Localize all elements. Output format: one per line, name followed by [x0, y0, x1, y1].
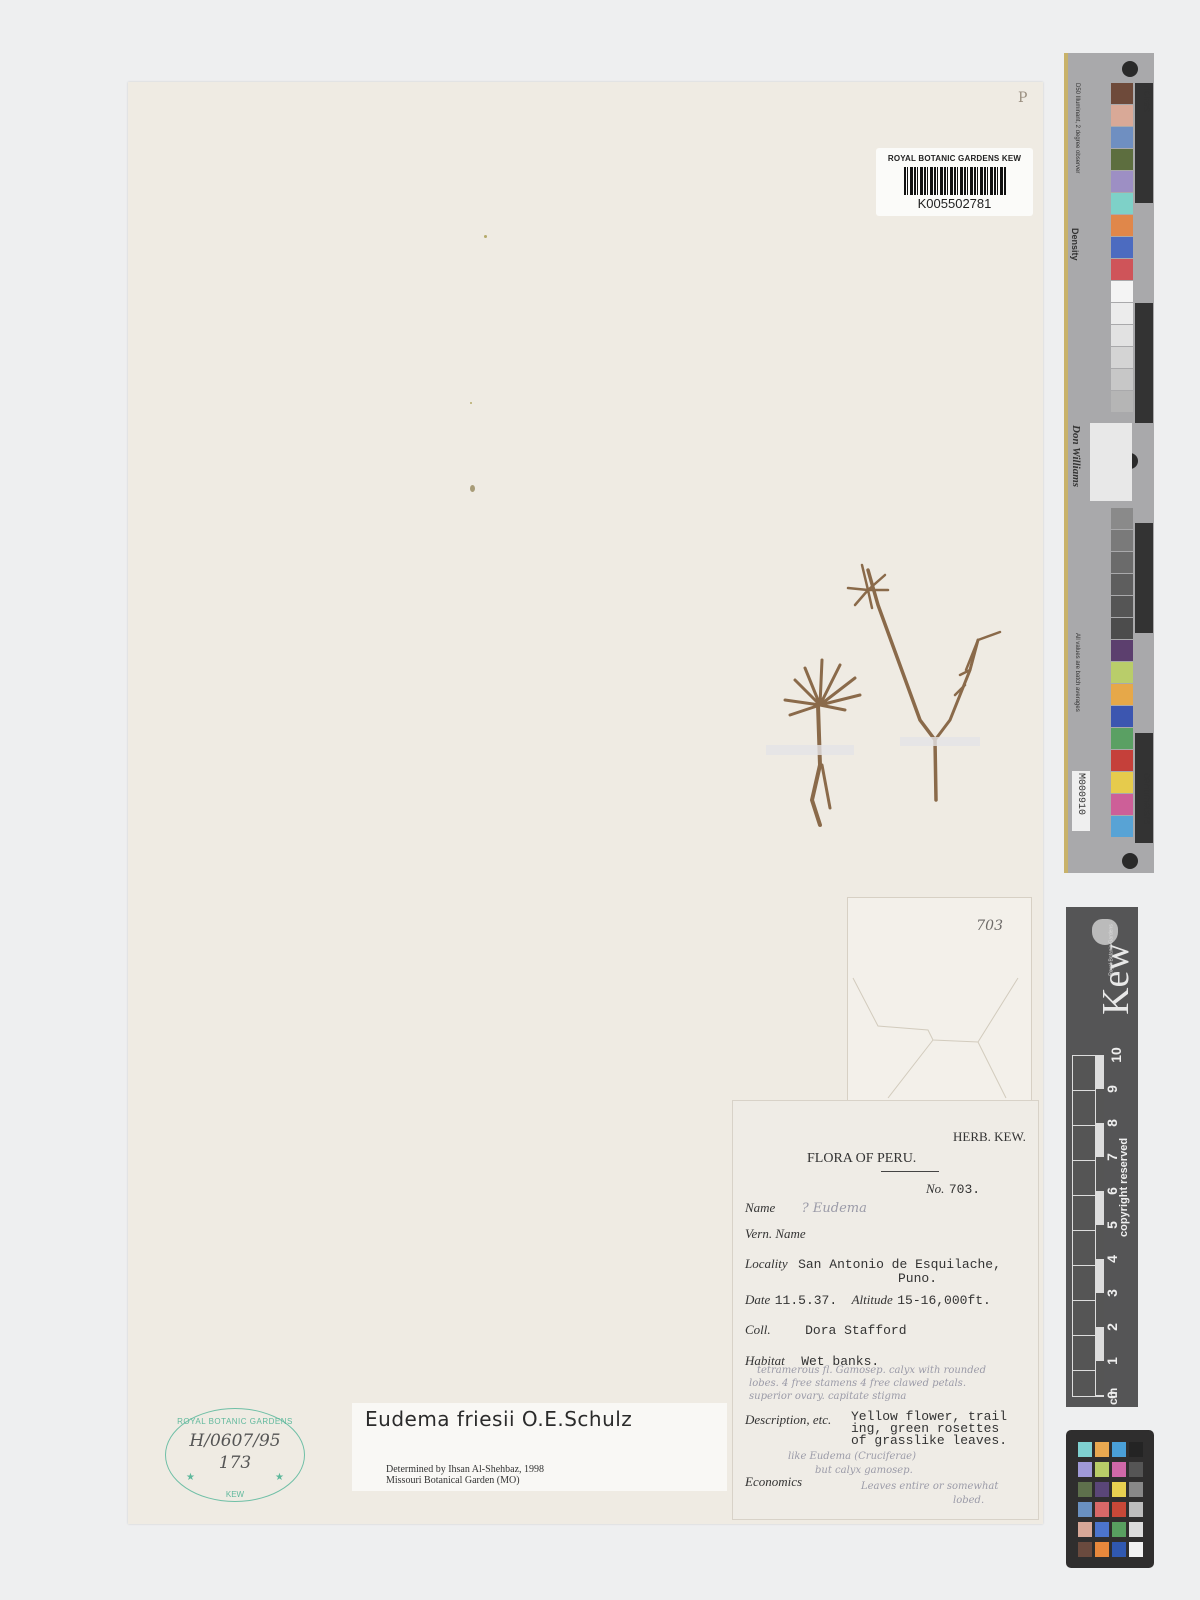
checker-swatch	[1078, 1502, 1092, 1517]
star-icon: ★	[186, 1472, 195, 1483]
color-patch	[1111, 259, 1133, 280]
economics-label: Economics	[745, 1474, 802, 1489]
color-patch	[1111, 618, 1133, 639]
vern-name-label: Vern. Name	[745, 1226, 806, 1241]
checker-swatch	[1078, 1542, 1092, 1557]
determination-slip: Eudema friesii O.E.Schulz Determined by …	[352, 1403, 727, 1491]
color-patch	[1111, 684, 1133, 705]
color-patch	[1111, 149, 1133, 170]
color-patch	[1111, 303, 1133, 324]
description-value: Yellow flower, trail ing, green rosettes…	[851, 1411, 1007, 1447]
unit-label: cm	[1106, 1388, 1120, 1405]
copyright-label: copyright reserved	[1118, 1138, 1130, 1237]
checker-swatch	[1112, 1542, 1126, 1557]
corner-mark: P	[1018, 90, 1027, 106]
checker-swatch	[1129, 1542, 1143, 1557]
ruler-number: 4	[1104, 1255, 1120, 1263]
checker-swatch	[1112, 1522, 1126, 1537]
institution-name: ROYAL BOTANIC GARDENS KEW	[876, 154, 1033, 163]
color-patch	[1111, 127, 1133, 148]
color-patch	[1111, 772, 1133, 793]
stamp-accession: H/0607/95	[166, 1431, 304, 1451]
determined-by: Determined by Ihsan Al-Shehbaz, 1998	[386, 1464, 544, 1475]
color-checker-card	[1066, 1430, 1154, 1568]
description-note: but calyx gamosep.	[815, 1465, 913, 1476]
color-patch	[1111, 83, 1133, 104]
envelope-number: 703	[976, 918, 1003, 934]
color-patch	[1111, 596, 1133, 617]
mounting-strap	[766, 745, 854, 755]
scale-strip	[1135, 523, 1153, 633]
determiner-institution: Missouri Botanical Garden (MO)	[386, 1475, 544, 1486]
centimeters-label: centimeters	[1141, 773, 1152, 825]
color-patch	[1111, 706, 1133, 727]
color-patch	[1111, 728, 1133, 749]
color-patch	[1111, 816, 1133, 837]
density-label: Density	[1070, 228, 1080, 261]
checker-swatch	[1129, 1502, 1143, 1517]
color-patch	[1111, 325, 1133, 346]
inches-label: inches	[1141, 83, 1152, 112]
checker-swatch	[1129, 1522, 1143, 1537]
date-label: Date	[745, 1292, 770, 1307]
checker-swatch	[1112, 1442, 1126, 1457]
number-value: 703.	[949, 1182, 980, 1197]
color-patch	[1111, 391, 1133, 412]
collection-label: HERB. KEW. FLORA OF PERU. No. 703. Name …	[732, 1100, 1039, 1520]
date-value: 11.5.37.	[775, 1293, 837, 1308]
maker-label: Don Williams	[1070, 425, 1082, 487]
taxon-name: Eudema friesii O.E.Schulz	[365, 1407, 632, 1431]
kew-accession-stamp: ROYAL BOTANIC GARDENS H/0607/95 173 ★ ★ …	[165, 1408, 305, 1502]
checker-swatch	[1129, 1482, 1143, 1497]
checker-swatch	[1129, 1462, 1143, 1477]
locality-label: Locality	[745, 1256, 788, 1271]
color-patch	[1111, 105, 1133, 126]
specimen-speck	[470, 402, 472, 404]
stamp-number: 173	[166, 1453, 304, 1473]
ruler-number: 1	[1104, 1357, 1120, 1365]
description-note: like Eudema (Cruciferae)	[788, 1451, 916, 1462]
kew-cm-ruler: Kew Royal Botanic Gardens 012345678910 c…	[1066, 907, 1138, 1407]
name-label: Name	[745, 1200, 775, 1215]
color-patch	[1111, 347, 1133, 368]
hole-icon	[1122, 853, 1138, 869]
checker-swatch	[1112, 1462, 1126, 1477]
ruler-ticks	[1096, 1055, 1104, 1397]
mounting-strap	[900, 737, 980, 746]
checker-swatch	[1095, 1522, 1109, 1537]
collector-value: Dora Stafford	[805, 1323, 906, 1338]
color-patch	[1111, 281, 1133, 302]
number-label: No.	[926, 1181, 944, 1196]
checker-swatch	[1129, 1442, 1143, 1457]
scale-id-tag: M000910	[1072, 771, 1090, 831]
checker-swatch	[1095, 1482, 1109, 1497]
color-patch	[1111, 237, 1133, 258]
herbarium-name: HERB. KEW.	[953, 1129, 1026, 1145]
checker-swatch	[1112, 1482, 1126, 1497]
kew-subtitle: Royal Botanic Gardens	[1109, 924, 1115, 975]
barcode-icon	[904, 167, 1006, 195]
color-patch	[1111, 552, 1133, 573]
locality-value-line2: Puno.	[898, 1271, 937, 1286]
color-patch	[1111, 193, 1133, 214]
fragment-envelope: 703	[847, 897, 1032, 1105]
checker-swatch	[1095, 1542, 1109, 1557]
description-line: of grasslike leaves.	[851, 1435, 1007, 1447]
locality-value: San Antonio de Esquilache,	[798, 1257, 1001, 1272]
gray-target	[1090, 423, 1132, 501]
color-patch	[1111, 171, 1133, 192]
habitat-note: lobes. 4 free stamens 4 free clawed peta…	[749, 1378, 966, 1389]
checker-swatch	[1095, 1462, 1109, 1477]
color-patch	[1111, 794, 1133, 815]
values-note: All values are batch averages	[1074, 633, 1080, 712]
flora-title: FLORA OF PERU.	[807, 1151, 916, 1167]
checker-swatch	[1095, 1502, 1109, 1517]
economics-note: lobed.	[953, 1495, 984, 1506]
habitat-note: superior ovary. capitate stigma	[749, 1391, 906, 1402]
ruler-number: 10	[1108, 1047, 1124, 1063]
economics-note: Leaves entire or somewhat	[861, 1481, 998, 1492]
stamp-top-text: ROYAL BOTANIC GARDENS	[166, 1417, 304, 1426]
color-patch	[1111, 662, 1133, 683]
illuminant-note: D50 Illuminant, 2 degree observer	[1074, 83, 1080, 173]
color-patch	[1111, 530, 1133, 551]
name-value: ? Eudema	[802, 1201, 867, 1216]
envelope-fold-icon	[848, 898, 1031, 1104]
determiner: Determined by Ihsan Al-Shehbaz, 1998 Mis…	[386, 1464, 544, 1486]
color-calibration-scale: inches centimeters D50 Illuminant, 2 deg…	[1064, 53, 1154, 873]
color-patch	[1111, 508, 1133, 529]
stamp-bottom-text: KEW	[166, 1490, 304, 1499]
checker-swatch	[1078, 1522, 1092, 1537]
color-patch	[1111, 574, 1133, 595]
checker-swatch	[1095, 1442, 1109, 1457]
habitat-note: tetramerous fl. Gamosep. calyx with roun…	[757, 1365, 986, 1376]
color-patch	[1111, 215, 1133, 236]
scale-strip	[1135, 303, 1153, 423]
ruler-number: 2	[1104, 1323, 1120, 1331]
barcode-number: K005502781	[876, 196, 1033, 211]
checker-swatch	[1078, 1462, 1092, 1477]
description-label: Description, etc.	[745, 1412, 831, 1427]
ruler-number: 3	[1104, 1289, 1120, 1297]
specimen-speck	[470, 485, 475, 492]
color-patch	[1111, 369, 1133, 390]
color-patch	[1111, 640, 1133, 661]
altitude-value: 15-16,000ft.	[897, 1293, 991, 1308]
color-patch	[1111, 750, 1133, 771]
scale-id: M000910	[1075, 773, 1086, 815]
plant-specimen	[760, 560, 1020, 840]
checker-swatch	[1078, 1482, 1092, 1497]
title-underline	[881, 1171, 939, 1172]
ruler-number: 8	[1104, 1119, 1120, 1127]
altitude-label: Altitude	[852, 1292, 893, 1307]
ruler-number: 9	[1104, 1085, 1120, 1093]
hole-icon	[1122, 61, 1138, 77]
barcode-label: ROYAL BOTANIC GARDENS KEW K005502781	[876, 148, 1033, 216]
star-icon: ★	[275, 1472, 284, 1483]
checker-swatch	[1112, 1502, 1126, 1517]
checker-swatch	[1078, 1442, 1092, 1457]
specimen-speck	[484, 235, 487, 238]
ruler-ticks	[1072, 1055, 1096, 1397]
collector-label: Coll.	[745, 1322, 771, 1337]
kew-logo: Kew	[1094, 943, 1138, 1015]
